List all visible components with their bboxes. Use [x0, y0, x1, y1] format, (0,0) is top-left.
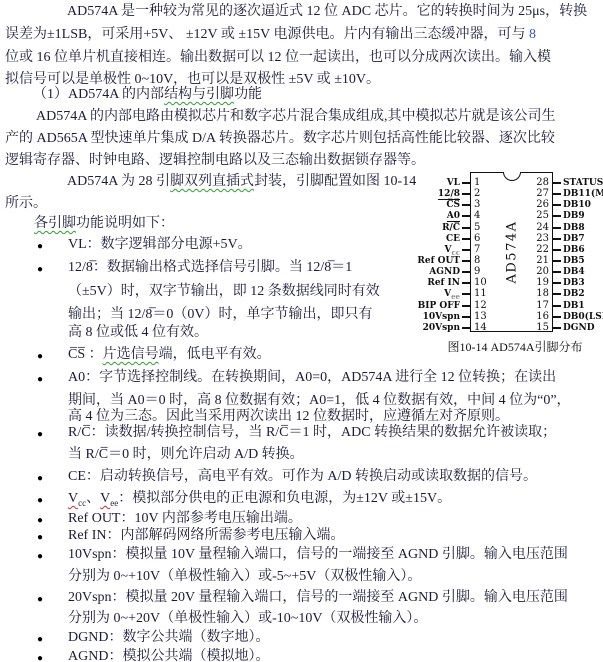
pin-stub — [553, 238, 561, 240]
pin-number: 26 — [523, 199, 549, 210]
pin-number: 19 — [523, 277, 549, 288]
pin-stub — [553, 227, 561, 229]
pin-number: 3 — [474, 199, 480, 210]
pin-stub — [462, 238, 470, 240]
highlighted-number: 8 — [529, 27, 536, 42]
grammar-squiggle: 结构与引脚 — [164, 87, 234, 102]
figure-caption: 图10-14 AD574A引脚分布 — [425, 338, 603, 355]
pin-stub — [462, 316, 470, 318]
bullet-line-128: 输出；当 12/8̅＝0（0V）时，单字节输出，即只有 — [68, 306, 373, 323]
bullet-line-vl: ●VL：数字逻辑部分电源+5V。 — [68, 236, 252, 253]
paragraph-line: 逻辑寄存器、时钟电路、逻辑控制电路以及三态输出数据锁存器等。 — [5, 152, 425, 169]
pin-stub — [462, 204, 470, 206]
pin-stub — [553, 249, 561, 251]
pin-stub — [553, 215, 561, 217]
pin-number: 13 — [474, 311, 487, 322]
pin-stub — [462, 293, 470, 295]
section-heading: （1）AD574A 的内部结构与引脚功能 — [33, 86, 262, 103]
bullet-icon: ● — [37, 492, 43, 509]
bullet-icon: ● — [37, 348, 43, 365]
bullet-line-rc: ●R/C̅：读数据/转换控制信号，当 R/C̅＝1 时，ADC 转换结果的数据允… — [68, 424, 556, 441]
pin-stub — [462, 271, 470, 273]
pin-stub — [462, 182, 470, 184]
pin-number: 20 — [523, 266, 549, 277]
pin-stub — [462, 282, 470, 284]
pin-label-row: DB2 — [553, 288, 603, 300]
pin-stub — [462, 215, 470, 217]
bullet-line-agnd: ●AGND：模拟公共端（模拟地）。 — [68, 648, 269, 662]
pin-number: 25 — [523, 210, 549, 221]
bullet-line-cs: ●C̅S̅ ：片选信号端，低电平有效。 — [68, 346, 271, 363]
pin-number: 21 — [523, 255, 549, 266]
pin-number: 8 — [474, 255, 480, 266]
bullet-icon: ● — [37, 426, 43, 443]
pin-stub — [553, 182, 561, 184]
paragraph-line: AD574A 的内部电路由模拟芯片和数字芯片混合集成组成,其中模拟芯片就是该公司… — [36, 108, 556, 125]
pin-stub — [553, 271, 561, 273]
bullet-line-vcc-vee: ●Vcc、Vee：模拟部分供电的正电源和负电源，为±12V 或±15V。 — [68, 490, 451, 507]
pin-number: 27 — [523, 188, 549, 199]
pin-number: 2 — [474, 188, 480, 199]
grammar-squiggle: 各引脚 — [34, 216, 76, 231]
pin-number: 7 — [474, 244, 480, 255]
pin-stub — [462, 260, 470, 262]
bullet-line-refin: ●Ref IN：内部解码网络所需参考电压输入端。 — [68, 527, 345, 544]
bullet-icon: ● — [37, 548, 43, 565]
pin-number: 15 — [523, 322, 549, 333]
paragraph-line: 误差为±1LSB，可采用+5V、 ±12V 或 ±15V 电源供电。片内有输出三… — [5, 26, 536, 43]
pin-number: 4 — [474, 210, 480, 221]
pin-number: 18 — [523, 288, 549, 299]
bullet-icon: ● — [37, 371, 43, 388]
bullet-line-ce: ●CE：启动转换信号，高电平有效。可作为 A/D 转换启动或读取数据的信号。 — [68, 468, 537, 485]
bullet-icon: ● — [37, 529, 43, 546]
bullet-line-20vspn: ●20Vspn：模拟量 20V 量程输入端口，信号的一端接至 AGND 引脚。输… — [68, 589, 568, 606]
pin-number: 5 — [474, 222, 480, 233]
pin-number: 6 — [474, 233, 480, 244]
pin-number: 28 — [523, 177, 549, 188]
bullet-line-20vspn: 分别为 0~+20V（单极性输入）或-10~10V（双极性输入）。 — [68, 610, 427, 627]
bullet-icon: ● — [37, 631, 43, 648]
bullet-icon: ● — [37, 261, 43, 278]
bullet-line-refout: ●Ref OUT：10V 内部参考电压输出端。 — [68, 510, 302, 527]
pin-label-row: A0 — [425, 210, 470, 222]
document-page: AD574A 是一种较为常见的逐次逼近式 12 位 ADC 芯片。它的转换时间为… — [0, 0, 603, 662]
bullet-icon: ● — [37, 512, 43, 529]
pin-number: 22 — [523, 244, 549, 255]
pin-label-row: Vee — [425, 288, 470, 300]
bullet-icon: ● — [37, 238, 43, 255]
pin-number: 11 — [474, 288, 487, 299]
pin-number: 14 — [474, 322, 487, 333]
spellcheck-squiggle: Vcc — [68, 491, 86, 506]
bullet-line-a0: 期间，当 A0＝0 时，高 8 位数据有效；A0=1，低 4 位数据有效，中间 … — [68, 392, 571, 409]
pin-number: 1 — [474, 177, 480, 188]
paragraph-line: 位或 16 位单片机直接相连。输出数据可以 12 位一起读出，也可以分成两次读出… — [5, 49, 551, 66]
pin-diagram-figure: VL 12/8 C̅S̅ A0 R/C̅ CE Vcc Ref OUT AGND… — [425, 166, 603, 364]
grammar-squiggle: 脚双列直插式 — [170, 174, 254, 189]
pin-number: 12 — [474, 300, 487, 311]
pin-stub — [553, 316, 561, 318]
bullet-line-128: （±5V）时，双字节输出，即 12 条数据线同时有效 — [68, 283, 380, 300]
pin-stub — [553, 327, 561, 329]
spellcheck-squiggle: Vee — [100, 491, 118, 506]
pin-number: 24 — [523, 222, 549, 233]
bullet-line-rc: 当 R/C̅＝0 时，则允许启动 A/D 转换。 — [68, 446, 304, 463]
chip-part-number: AD574A — [504, 220, 519, 283]
pin-number: 16 — [523, 311, 549, 322]
bullet-line-a0: 高 4 位为三态。因此当采用两次读出 12 位数据时，应遵循左对齐原则。 — [68, 408, 509, 425]
bullet-line-dgnd: ●DGND：数字公共端（数字地）。 — [68, 629, 269, 646]
pin-label-row: DB9 — [553, 210, 603, 222]
paragraph-line: AD574A 为 28 引脚双列直插式封装，引脚配置如图 10-14 — [67, 173, 416, 190]
pin-stub — [462, 305, 470, 307]
paragraph-line: 产的 AD565A 型快速单片集成 D/A 转换器芯片。数字芯片则包括高性能比较… — [5, 130, 555, 147]
list-intro-line: 各引脚功能说明如下： — [34, 215, 174, 232]
bullet-line-128: ●12/8̅：数据输出格式选择信号引脚。当 12/8̅＝1 — [68, 259, 352, 276]
pin-stub — [553, 305, 561, 307]
bullet-icon: ● — [37, 650, 43, 662]
pin-stub — [462, 193, 470, 195]
pin-stub — [553, 193, 561, 195]
pin-stub — [462, 249, 470, 251]
pin-label-row: DGND — [553, 322, 603, 334]
pin-number: 23 — [523, 233, 549, 244]
pin-number: 17 — [523, 300, 549, 311]
bullet-line-a0: ●A0：字节选择控制线。在转换期间，A0=0，AD574A 进行全 12 位转换… — [68, 369, 556, 386]
bullet-line-128: 高 8 位或低 4 位有效。 — [68, 324, 208, 341]
paragraph-line: 所示。 — [5, 195, 47, 212]
pin-number: 10 — [474, 277, 487, 288]
bullet-icon: ● — [37, 591, 43, 608]
pin-stub — [462, 227, 470, 229]
chip-notch — [503, 172, 521, 181]
pin-stub — [553, 204, 561, 206]
paragraph-line: AD574A 是一种较为常见的逐次逼近式 12 位 ADC 芯片。它的转换时间为… — [67, 3, 587, 20]
pin-number: 9 — [474, 266, 480, 277]
pin-stub — [553, 293, 561, 295]
pin-stub — [462, 327, 470, 329]
bullet-line-10vspn: ●10Vspn：模拟量 10V 量程输入端口，信号的一端接至 AGND 引脚。输… — [68, 546, 568, 563]
bullet-icon: ● — [37, 470, 43, 487]
pin-label-row: 20Vspn — [425, 322, 470, 334]
pin-stub — [553, 260, 561, 262]
bullet-line-10vspn: 分别为 0~+10V（单极性输入）或-5~+5V（双极性输入）。 — [68, 568, 421, 585]
grammar-squiggle: 片选信号 — [103, 347, 159, 362]
pin-stub — [553, 282, 561, 284]
